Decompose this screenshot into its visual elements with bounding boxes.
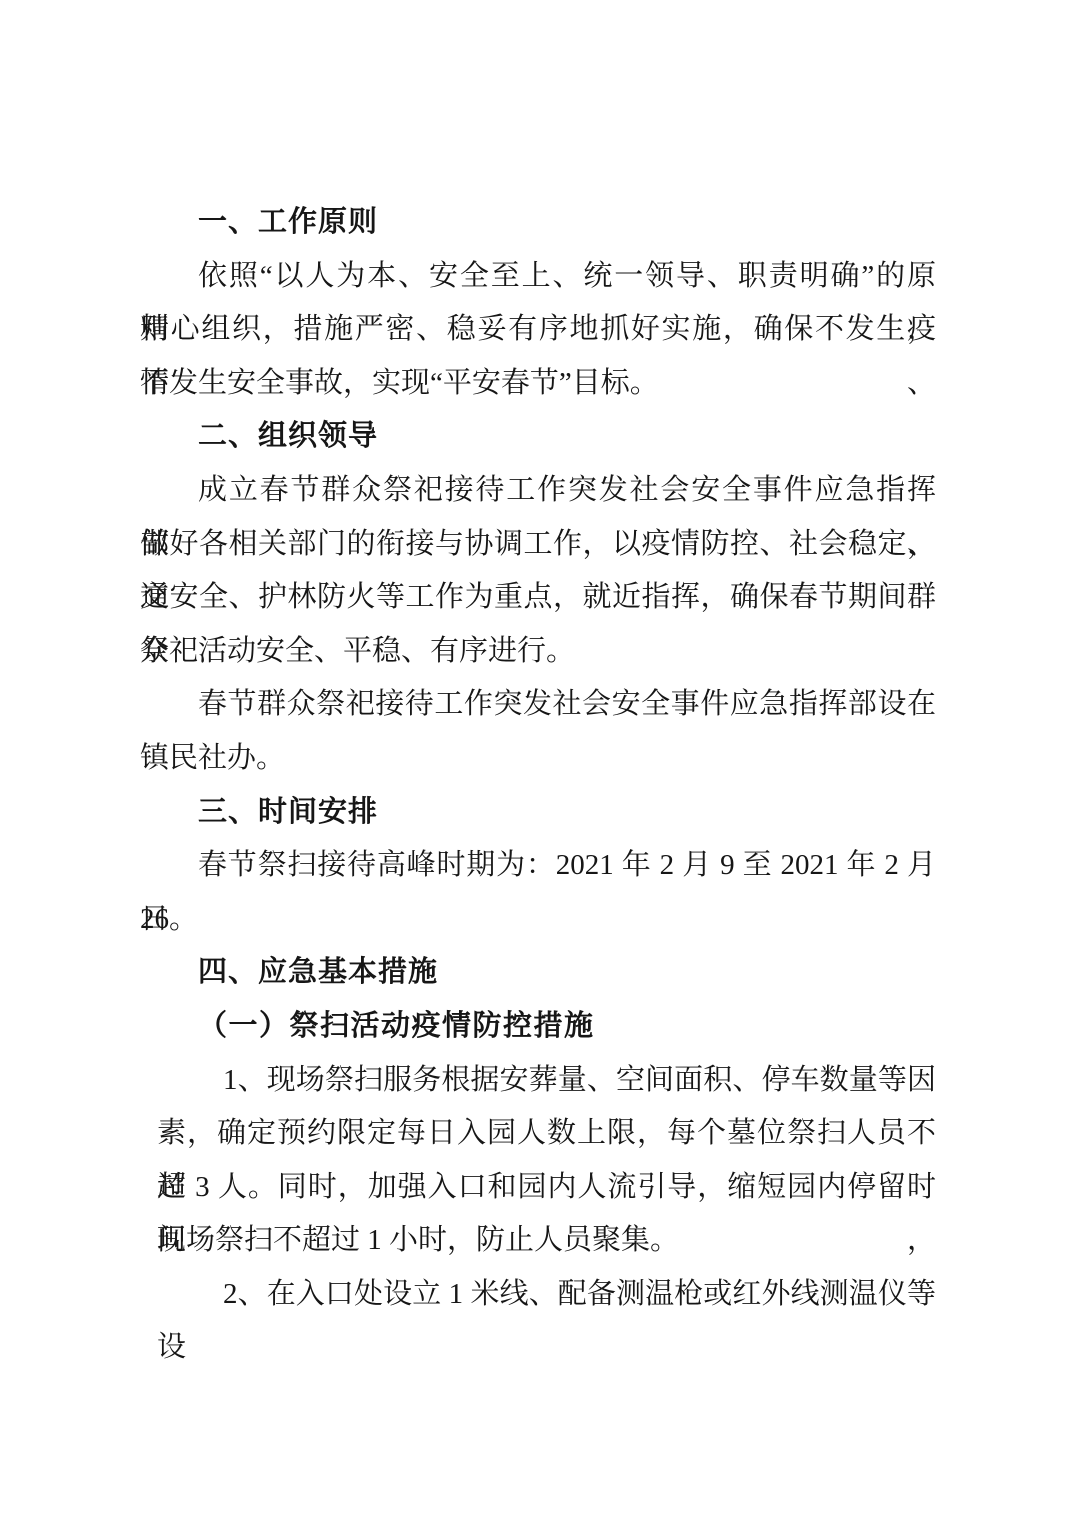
section-4-heading: 四、应急基本措施 <box>140 946 936 1000</box>
document-body: 一、工作原则 依照“以人为本、安全至上、统一领导、职责明确”的原则， 精心组织，… <box>140 196 936 1321</box>
document-page: 一、工作原则 依照“以人为本、安全至上、统一领导、职责明确”的原则， 精心组织，… <box>0 0 1074 1520</box>
section-2-para-2-line-2: 镇民社办。 <box>140 732 936 786</box>
section-4-subheading: （一）祭扫活动疫情防控措施 <box>140 1000 936 1054</box>
section-1-para-1-line-2: 精心组织，措施严密、稳妥有序地抓好实施，确保不发生疫情、 <box>140 303 936 357</box>
section-4-item-1-line-2: 素，确定预约限定每日入园人数上限，每个墓位祭扫人员不超 <box>157 1107 936 1161</box>
section-2-heading: 二、组织领导 <box>140 410 936 464</box>
section-2-para-1-line-4: 祭祀活动安全、平稳、有序进行。 <box>140 625 936 679</box>
section-2-para-2-line-1: 春节群众祭祀接待工作突发社会安全事件应急指挥部设在 <box>140 678 936 732</box>
section-3-para-1-line-2: 日。 <box>140 893 936 947</box>
section-1-para-1-line-1: 依照“以人为本、安全至上、统一领导、职责明确”的原则， <box>140 250 936 304</box>
section-2-para-1-line-1: 成立春节群众祭祀接待工作突发社会安全事件应急指挥部， <box>140 464 936 518</box>
section-4-item-2-line-1: 2、在入口处设立 1 米线、配备测温枪或红外线测温仪等设 <box>157 1268 936 1322</box>
section-4-item-1-line-3: 过 3 人。同时，加强入口和园内人流引导，缩短园内停留时间， <box>157 1161 936 1215</box>
section-4-item-1-line-1: 1、现场祭扫服务根据安葬量、空间面积、停车数量等因 <box>157 1054 936 1108</box>
section-2-para-1-line-3: 通安全、护林防火等工作为重点，就近指挥，确保春节期间群众 <box>140 571 936 625</box>
section-3-para-1-line-1: 春节祭扫接待高峰时期为：2021 年 2 月 9 至 2021 年 2 月 26 <box>140 839 936 893</box>
section-1-heading: 一、工作原则 <box>140 196 936 250</box>
section-3-heading: 三、时间安排 <box>140 786 936 840</box>
section-2-para-1-line-2: 做好各相关部门的衔接与协调工作，以疫情防控、社会稳定、交 <box>140 518 936 572</box>
